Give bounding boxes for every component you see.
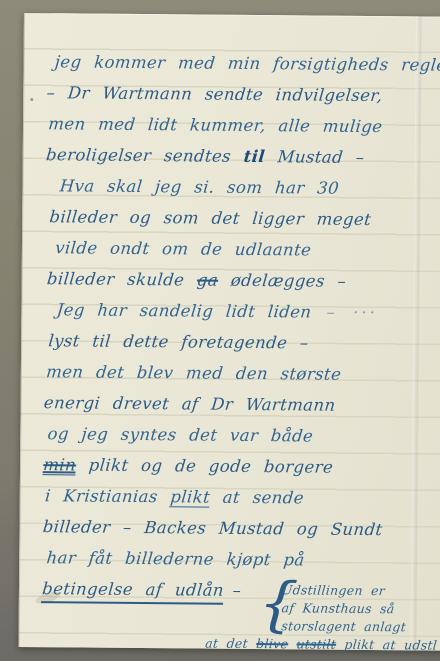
handwriting-segment: Mustad – — [264, 147, 365, 167]
handwriting-segment: vilde ondt om de udlaante — [54, 238, 312, 259]
handwriting-segment: billeder skulde — [46, 269, 198, 289]
annotation-line: af Kunsthaus så — [281, 599, 407, 618]
handwriting-segment: plikt at udstl — [335, 637, 437, 653]
struck-out-word: ga — [196, 271, 219, 290]
handwriting-line: Jeg har sandelig lidt liden – ··· — [43, 294, 440, 329]
handwriting-line: beroligelser sendtes til Mustad – — [45, 139, 440, 174]
handwriting-segment: lyst til dette foretagende – — [48, 331, 310, 352]
handwriting-segment: i Kristianias — [44, 486, 171, 506]
handwriting-segment: – Dr Wartmann sendte indvilgelser, — [46, 83, 384, 105]
letter-paper: jeg kommer med min forsigtigheds regler–… — [18, 13, 440, 651]
handwriting-line: vilde ondt om de udlaante — [44, 232, 440, 267]
annotation-line: storslagent anlagt — [281, 617, 407, 636]
handwriting-line: i Kristianias plikt at sende — [42, 480, 440, 515]
handwriting-segment: billeder – Backes Mustad og Sundt — [42, 517, 384, 539]
handwriting-segment: at sende — [209, 488, 305, 508]
handwriting-line: – Dr Wartmann sendte indvilgelser, — [45, 77, 440, 112]
handwriting-segment: plikt og de gode borgere — [75, 455, 334, 476]
photo-of-letter: { "scene": { "mat_color_top": "#8f8b7b",… — [0, 0, 440, 661]
handwriting-segment: Jeg har sandelig lidt liden — [56, 300, 313, 321]
handwriting-segment: – ··· — [311, 303, 379, 323]
struck-out-word: blive — [256, 636, 289, 651]
handwriting-line: men det blev med den største — [43, 356, 440, 391]
handwriting-line: jeg kommer med min forsigtigheds regler — [45, 46, 440, 81]
handwriting-segment: jeg kommer med min forsigtigheds regler — [54, 52, 440, 74]
handwriting-line: min plikt og de gode borgere — [42, 449, 440, 484]
handwriting-line: billeder og som det ligger meget — [44, 201, 440, 236]
handwriting-segment: men det blev med den største — [45, 362, 342, 384]
underlined-word: plikt — [169, 487, 211, 507]
struck-out-word: min — [42, 455, 77, 475]
marginal-annotation: Udstillingen eraf Kunsthaus såstorslagen… — [281, 581, 406, 636]
annotation-line: Udstillingen er — [281, 581, 407, 600]
handwritten-letter-body: jeg kommer med min forsigtigheds regler–… — [41, 46, 440, 608]
handwriting-line: Hva skal jeg si. som har 30 — [44, 170, 440, 205]
handwriting-line: billeder – Backes Mustad og Sundt — [41, 511, 440, 546]
handwriting-line: lyst til dette foretagende – — [43, 325, 440, 360]
handwriting-segment: men med lidt kummer, alle mulige — [47, 114, 383, 136]
handwriting-line: billeder skulde ga ødelægges – — [44, 263, 440, 298]
handwriting-segment: billeder og som det ligger meget — [49, 207, 372, 229]
handwriting-segment: har fåt billederne kjøpt på — [46, 548, 306, 569]
handwriting-segment: ødelægges – — [217, 271, 347, 291]
handwriting-line: og jeg syntes det var både — [42, 418, 440, 453]
handwriting-line: men med lidt kummer, alle mulige — [45, 108, 440, 143]
paper-speck — [30, 98, 33, 101]
struck-out-word: utstilt — [296, 636, 337, 651]
handwriting-segment: at det — [205, 636, 257, 651]
underlined-word: betingelse af udlån — [41, 579, 225, 605]
handwriting-segment: energi drevet af Dr Wartmann — [43, 393, 336, 415]
handwriting-segment: og jeg syntes det var både — [47, 424, 314, 445]
handwriting-segment: beroligelser sendtes — [45, 145, 244, 166]
handwriting-segment: Hva skal jeg si. som har 30 — [59, 176, 340, 197]
handwriting-line: energi drevet af Dr Wartmann — [42, 387, 440, 422]
handwriting-segment: til — [243, 147, 266, 166]
marginal-annotation-last-line: at det blive utstilt plikt at udstl — [204, 635, 438, 655]
handwriting-line: har fåt billederne kjøpt på — [41, 542, 440, 577]
handwriting-segment: – — [219, 581, 242, 600]
